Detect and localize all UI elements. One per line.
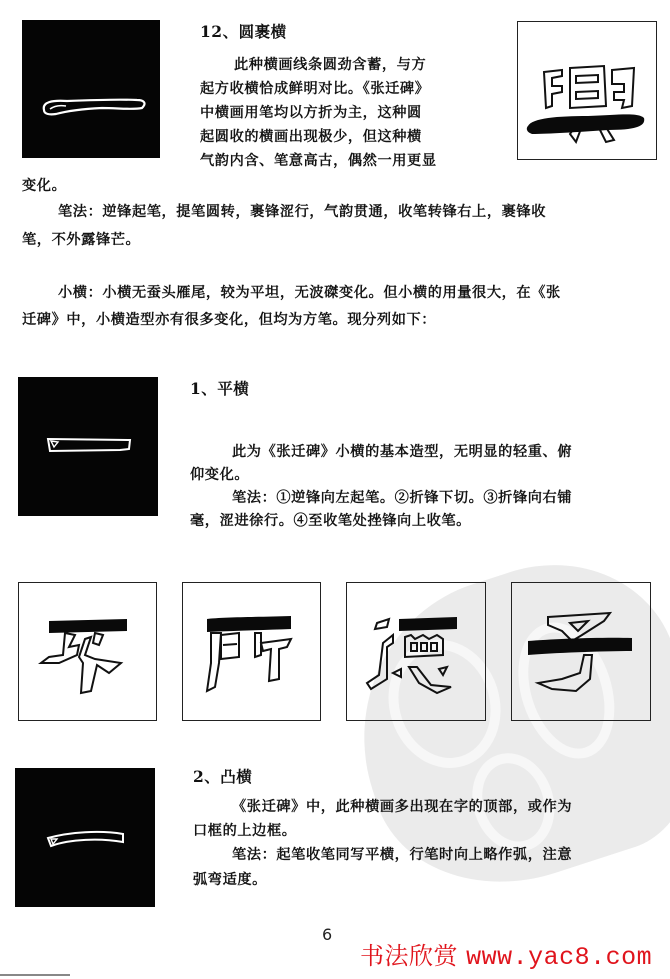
section-12-line: 起方收横恰成鲜明对比。《张迁碑》 <box>200 77 430 101</box>
section-12-method-line: 笔法：逆锋起笔，提笔圆转，裹锋涩行，气韵贯通，收笔转锋右上，裹锋收 <box>58 200 546 224</box>
section-12-line: 中横画用笔均以方折为主，这种圆 <box>200 101 422 125</box>
page-number: 6 <box>322 925 332 944</box>
section-1-line: 毫，涩进徐行。④至收笔处挫锋向上收笔。 <box>190 509 471 533</box>
xiaoheng-intro-line: 小横：小横无蚕头雁尾，较为平坦，无波磔变化。但小横的用量很大，在《张 <box>58 281 561 305</box>
horizontal-stroke-icon <box>15 768 155 907</box>
example-char-box-zi <box>511 582 651 721</box>
section-1-line: 笔法：①逆锋向左起笔。②折锋下切。③折锋向右铺 <box>232 486 572 510</box>
section-2-line: 口框的上边框。 <box>193 819 297 843</box>
calligraphy-char-bu-icon <box>19 583 155 719</box>
calligraphy-char-de-icon <box>347 583 484 719</box>
site-watermark: 书法欣赏 www.yac8.com <box>360 936 652 972</box>
section-12-line: 气韵内含、笔意高古，偶然一用更显 <box>200 149 437 173</box>
section-12-tail: 变化。 <box>22 174 66 198</box>
xiaoheng-intro-line: 迁碑》中，小横造型亦有很多变化，但均为方笔。现分列如下： <box>22 308 436 332</box>
stroke-sample-flat <box>18 377 158 516</box>
section-2-line: 弧弯适度。 <box>193 868 267 892</box>
example-char-box-bu <box>18 582 157 721</box>
stroke-sample-convex <box>15 768 155 907</box>
section-1-line: 此为《张迁碑》小横的基本造型，无明显的轻重、俯 <box>232 440 572 464</box>
section-2-line: 笔法：起笔收笔同写平横，行笔时向上略作弧，注意 <box>232 843 572 867</box>
watermark-chinese: 书法欣赏 <box>360 942 458 970</box>
section-1-title: 1、平横 <box>190 377 249 399</box>
watermark-url: www.yac8.com <box>466 943 652 972</box>
calligraphy-char-zi-icon <box>512 583 649 719</box>
bottom-divider <box>0 974 70 976</box>
horizontal-stroke-icon <box>18 377 158 516</box>
section-12-line: 此种横画线条圆劲含蓄，与方 <box>234 53 426 77</box>
calligraphy-char-suo-icon <box>183 583 319 719</box>
example-char-box-xing <box>517 21 657 160</box>
stroke-sample-round-wrapped <box>22 20 160 158</box>
section-12-line: 起圆收的横画出现极少，但这种横 <box>200 125 422 149</box>
example-char-box-de <box>346 582 486 721</box>
section-2-title: 2、凸横 <box>193 765 252 787</box>
section-1-line: 仰变化。 <box>190 463 249 487</box>
section-12-title: 12、圆裹横 <box>200 20 287 42</box>
section-2-line: 《张迁碑》中，此种横画多出现在字的顶部，或作为 <box>232 795 572 819</box>
calligraphy-char-xing-icon <box>518 22 655 158</box>
horizontal-stroke-icon <box>22 20 160 158</box>
example-char-box-suo <box>182 582 321 721</box>
section-12-method-line: 笔，不外露锋芒。 <box>22 228 140 252</box>
